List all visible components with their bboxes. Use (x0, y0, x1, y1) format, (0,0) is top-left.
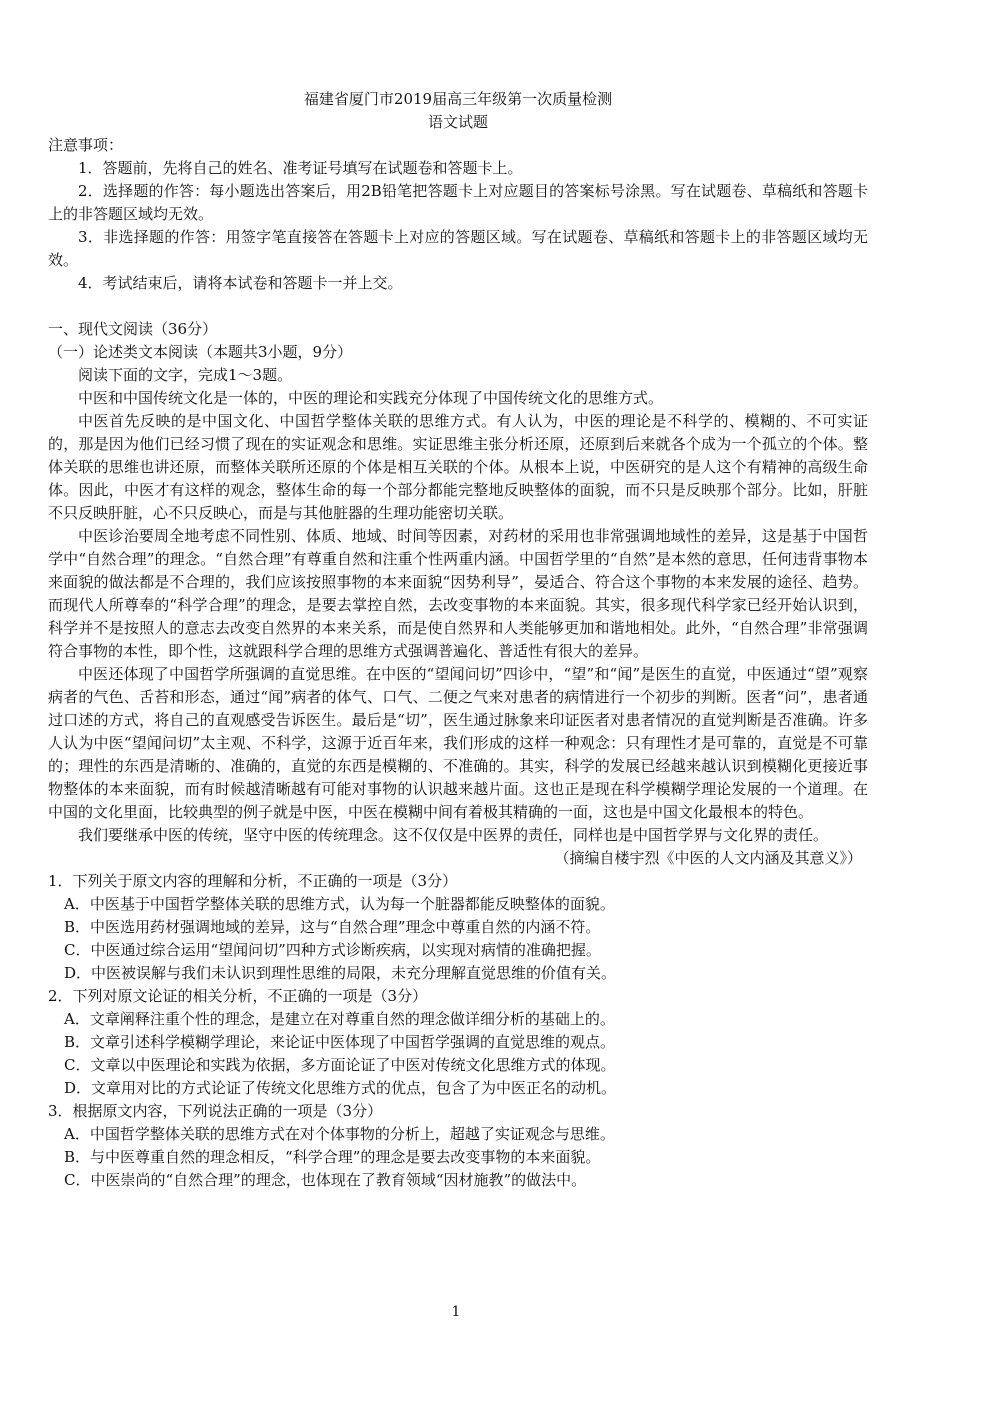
option-b: B．中医选用药材强调地域的差异，这与“自然合理”理念中尊重自然的内涵不符。 (48, 916, 868, 939)
reading-instruction: 阅读下面的文字，完成1～3题。 (48, 364, 868, 387)
notice-item-1: 1．答题前，先将自己的姓名、准考证号填写在试题卷和答题卡上。 (48, 157, 868, 180)
passage-paragraph-4: 中医还体现了中国哲学所强调的直觉思维。在中医的“望闻问切”四诊中，“望”和“闻”… (48, 663, 868, 824)
question-3: 3．根据原文内容，下列说法正确的一项是（3分） A．中国哲学整体关联的思维方式在… (48, 1100, 868, 1192)
option-b: B．与中医尊重自然的理念相反，“科学合理”的理念是要去改变事物的本来面貌。 (48, 1146, 868, 1169)
option-a: A．中国哲学整体关联的思维方式在对个体事物的分析上，超越了实证观念与思维。 (48, 1123, 868, 1146)
section-title: 一、现代文阅读（36分） (48, 318, 868, 341)
subsection-title: （一）论述类文本阅读（本题共3小题，9分） (48, 341, 868, 364)
passage-paragraph-1: 中医和中国传统文化是一体的，中医的理论和实践充分体现了中国传统文化的思维方式。 (48, 387, 868, 410)
exam-subject: 语文试题 (48, 111, 868, 134)
option-c: C．中医崇尚的“自然合理”的理念，也体现在了教育领域“因材施教”的做法中。 (48, 1169, 868, 1192)
spacer (48, 295, 868, 318)
question-stem: 2．下列对原文论证的相关分析，不正确的一项是（3分） (48, 985, 868, 1008)
page-number: 1 (0, 1304, 912, 1320)
option-c: C．文章以中医理论和实践为依据，多方面论证了中医对传统文化思维方式的体现。 (48, 1054, 868, 1077)
question-2: 2．下列对原文论证的相关分析，不正确的一项是（3分） A．文章阐释注重个性的理念… (48, 985, 868, 1100)
question-1: 1．下列关于原文内容的理解和分析，不正确的一项是（3分） A．中医基于中国哲学整… (48, 870, 868, 985)
option-d: D．文章用对比的方式论证了传统文化思维方式的优点，包含了为中医正名的动机。 (48, 1077, 868, 1100)
option-c: C．中医通过综合运用“望闻问切”四种方式诊断疾病，以实现对病情的准确把握。 (48, 939, 868, 962)
notice-item-2: 2．选择题的作答：每小题选出答案后，用2B铅笔把答题卡上对应题目的答案标号涂黑。… (48, 180, 868, 226)
option-a: A．中医基于中国哲学整体关联的思维方式，认为每一个脏器都能反映整体的面貌。 (48, 893, 868, 916)
option-d: D．中医被误解与我们未认识到理性思维的局限，未充分理解直觉思维的价值有关。 (48, 962, 868, 985)
question-stem: 1．下列关于原文内容的理解和分析，不正确的一项是（3分） (48, 870, 868, 893)
passage-paragraph-2: 中医首先反映的是中国文化、中国哲学整体关联的思维方式。有人认为，中医的理论是不科… (48, 410, 868, 525)
option-a: A．文章阐释注重个性的理念，是建立在对尊重自然的理念做详细分析的基础上的。 (48, 1008, 868, 1031)
passage-paragraph-5: 我们要继承中医的传统，坚守中医的传统理念。这不仅仅是中医界的责任，同样也是中国哲… (48, 824, 868, 847)
notice-item-4: 4．考试结束后，请将本试卷和答题卡一并上交。 (48, 272, 868, 295)
passage-paragraph-3: 中医诊治要周全地考虑不同性别、体质、地域、时间等因素，对药材的采用也非常强调地域… (48, 525, 868, 663)
question-stem: 3．根据原文内容，下列说法正确的一项是（3分） (48, 1100, 868, 1123)
notice-item-3: 3．非选择题的作答：用签字笔直接答在答题卡上对应的答题区域。写在试题卷、草稿纸和… (48, 226, 868, 272)
notice-heading: 注意事项： (48, 134, 868, 157)
option-b: B．文章引述科学模糊学理论，来论证中医体现了中国哲学强调的直觉思维的观点。 (48, 1031, 868, 1054)
exam-page: 福建省厦门市2019届高三年级第一次质量检测 语文试题 注意事项： 1．答题前，… (48, 88, 868, 1192)
passage-source: （摘编自楼宇烈《中医的人文内涵及其意义》） (48, 847, 868, 870)
exam-title: 福建省厦门市2019届高三年级第一次质量检测 (48, 88, 868, 111)
